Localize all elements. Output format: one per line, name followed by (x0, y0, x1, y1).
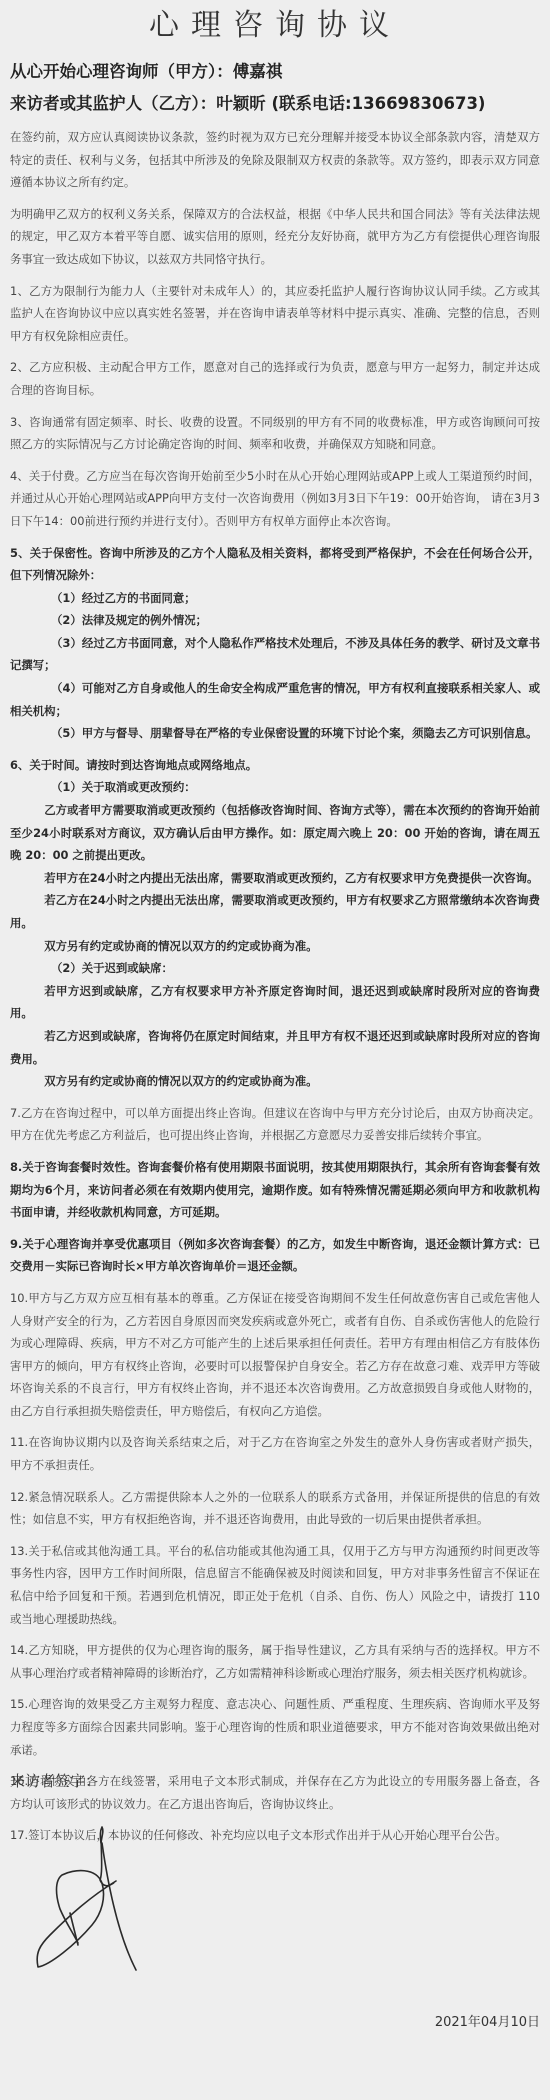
clause-11: 11.在咨询协议期内以及咨询关系结束之后，对于乙方在咨询室之外发生的意外人身伤害… (10, 1431, 540, 1476)
clause-3: 3、咨询通常有固定频率、时长、收费的设置。不同级别的甲方有不同的收费标准，甲方或… (10, 411, 540, 456)
clause-6-heading: 6、关于时间。请按时到达咨询地点或网络地点。 (10, 754, 540, 777)
intro-paragraph-2: 为明确甲乙双方的权利义务关系，保障双方的合法权益，根据《中华人民共和国合同法》等… (10, 203, 540, 271)
clause-6-sub2-p3: 双方另有约定或协商的情况以双方的约定或协商为准。 (10, 1070, 540, 1093)
intro-paragraph-1: 在签约前，双方应认真阅读协议条款，签约时视为双方已充分理解并接受本协议全部条款内… (10, 126, 540, 194)
signing-date: 2021年04月10日 (435, 2011, 540, 2030)
clause-6-sub2-p1: 若甲方迟到或缺席，乙方有权要求甲方补齐原定咨询时间，退还迟到或缺席时段所对应的咨… (10, 980, 540, 1025)
clause-1: 1、乙方为限制行为能力人（主要针对未成年人）的，其应委托监护人履行咨询协议认同手… (10, 280, 540, 348)
clause-5-item: （5）甲方与督导、朋辈督导在严格的专业保密设置的环境下讨论个案，须隐去乙方可识别… (10, 722, 540, 745)
clause-14: 14.乙方知晓，甲方提供的仅为心理咨询的服务，属于指导性建议，乙方具有采纳与否的… (10, 1639, 540, 1684)
clause-6-sub2-p2: 若乙方迟到或缺席，咨询将仍在原定时间结束，并且甲方有权不退还迟到或缺席时段所对应… (10, 1025, 540, 1070)
signature-label: 来访者签字： (10, 1770, 100, 1791)
party-b-line: 来访者或其监护人（乙方）：叶颖昕 (联系电话:13669830673) (10, 94, 540, 114)
clause-5-item: （3）经过乙方书面同意，对个人隐私作严格技术处理后，不涉及具体任务的教学、研讨及… (10, 632, 540, 677)
clause-5-item: （1）经过乙方的书面同意； (10, 587, 540, 610)
clause-6: 6、关于时间。请按时到达咨询地点或网络地点。 （1）关于取消或更改预约： 乙方或… (10, 754, 540, 1093)
clause-6-sub2-title: （2）关于迟到或缺席： (10, 957, 540, 980)
handwritten-signature (30, 1825, 150, 1985)
party-a-line: 从心开始心理咨询师（甲方）：傅嘉祺 (10, 62, 540, 82)
clause-5: 5、关于保密性。咨询中所涉及的乙方个人隐私及相关资料，都将受到严格保护，不会在任… (10, 542, 540, 745)
clause-7: 7.乙方在咨询过程中，可以单方面提出终止咨询。但建议在咨询中与甲方充分讨论后，由… (10, 1102, 540, 1147)
clause-6-sub1-p1: 乙方或者甲方需要取消或更改预约（包括修改咨询时间、咨询方式等），需在本次预约的咨… (10, 799, 540, 867)
clause-6-sub1-p3: 若乙方在24小时之内提出无法出席，需要取消或更改预约，甲方有权要求乙方照常缴纳本… (10, 889, 540, 934)
clause-9: 9.关于心理咨询并享受优惠项目（例如多次咨询套餐）的乙方，如发生中断咨询，退还金… (10, 1233, 540, 1278)
clause-8: 8.关于咨询套餐时效性。咨询套餐价格有使用期限书面说明，按其使用期限执行，其余所… (10, 1156, 540, 1224)
clause-13: 13.关于私信或其他沟通工具。平台的私信功能或其他沟通工具，仅用于乙方与甲方沟通… (10, 1540, 540, 1630)
clause-2: 2、乙方应积极、主动配合甲方工作，愿意对自己的选择或行为负责，愿意与甲方一起努力… (10, 356, 540, 401)
clause-12: 12.紧急情况联系人。乙方需提供除本人之外的一位联系人的联系方式备用，并保证所提… (10, 1486, 540, 1531)
clause-6-sub1-title: （1）关于取消或更改预约： (10, 776, 540, 799)
clause-6-sub1-p4: 双方另有约定或协商的情况以双方的约定或协商为准。 (10, 935, 540, 958)
clause-4: 4、关于付费。乙方应当在每次咨询开始前至少5小时在从心开始心理网站或APP上或人… (10, 465, 540, 533)
clause-5-item: （4）可能对乙方自身或他人的生命安全构成严重危害的情况，甲方有权利直接联系相关家… (10, 677, 540, 722)
clause-5-heading: 5、关于保密性。咨询中所涉及的乙方个人隐私及相关资料，都将受到严格保护，不会在任… (10, 542, 540, 587)
clause-5-item: （2）法律及规定的例外情况； (10, 609, 540, 632)
page-title: 心理咨询协议 (10, 0, 540, 48)
clause-15: 15.心理咨询的效果受乙方主观努力程度、意志决心、问题性质、严重程度、生理疾病、… (10, 1693, 540, 1761)
clause-10: 10.甲方与乙方双方应互相有基本的尊重。乙方保证在接受咨询期间不发生任何故意伤害… (10, 1287, 540, 1423)
clause-6-sub1-p2: 若甲方在24小时之内提出无法出席，需要取消或更改预约，乙方有权要求甲方免费提供一… (10, 867, 540, 890)
agreement-document: 心理咨询协议 从心开始心理咨询师（甲方）：傅嘉祺 来访者或其监护人（乙方）：叶颖… (0, 0, 550, 1847)
